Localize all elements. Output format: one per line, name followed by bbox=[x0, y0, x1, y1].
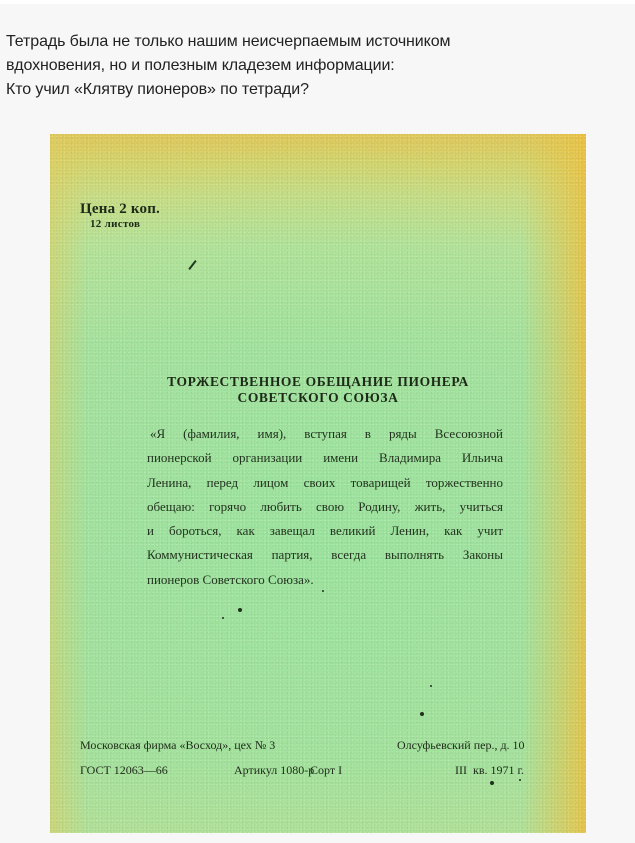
intro-text: Тетрадь была не только нашим неисчерпаем… bbox=[6, 30, 626, 102]
ink-speck bbox=[420, 712, 424, 716]
manufacturer-label: Московская фирма «Восход», цех № 3 bbox=[80, 738, 275, 753]
oath-text: «Я (фамилия, имя), вступая в ряды Всесою… bbox=[147, 422, 503, 592]
oath-heading-line: ТОРЖЕСТВЕННОЕ ОБЕЩАНИЕ ПИОНЕРА bbox=[50, 374, 586, 390]
intro-line: Кто учил «Клятву пионеров» по тетради? bbox=[6, 78, 626, 102]
oath-heading: ТОРЖЕСТВЕННОЕ ОБЕЩАНИЕ ПИОНЕРА СОВЕТСКОГ… bbox=[50, 374, 586, 406]
print-date-label: III кв. 1971 г. bbox=[455, 763, 524, 778]
ink-speck bbox=[490, 781, 494, 785]
ink-speck bbox=[222, 617, 224, 619]
gost-label: ГОСТ 12063—66 bbox=[80, 763, 168, 778]
top-strip bbox=[0, 0, 635, 4]
grade-label: Сорт I bbox=[310, 763, 342, 778]
price-label: Цена 2 коп. bbox=[80, 201, 160, 218]
article-label: Артикул 1080-р bbox=[234, 763, 314, 778]
intro-line: вдохновения, но и полезным кладезем инфо… bbox=[6, 54, 626, 78]
oath-line: и бороться, как завещал великий Ленин, к… bbox=[147, 519, 503, 543]
ink-speck bbox=[430, 685, 432, 687]
oath-line: пионеров Советского Союза». bbox=[147, 568, 503, 592]
oath-line: «Я (фамилия, имя), вступая в ряды Всесою… bbox=[147, 422, 503, 446]
oath-line: Ленина, перед лицом своих товарищей торж… bbox=[147, 471, 503, 495]
pen-mark bbox=[188, 260, 196, 270]
ink-speck bbox=[322, 590, 324, 592]
ink-speck bbox=[238, 608, 242, 612]
intro-line: Тетрадь была не только нашим неисчерпаем… bbox=[6, 30, 626, 54]
sheets-label: 12 листов bbox=[90, 218, 140, 230]
address-label: Олсуфьевский пер., д. 10 bbox=[397, 738, 525, 753]
oath-line: пионерской организации имени Владимира И… bbox=[147, 446, 503, 470]
notebook-cover-image: Цена 2 коп. 12 листов ТОРЖЕСТВЕННОЕ ОБЕЩ… bbox=[50, 134, 586, 833]
oath-heading-line: СОВЕТСКОГО СОЮЗА bbox=[50, 390, 586, 406]
ink-speck bbox=[519, 779, 521, 781]
oath-line: Коммунистическая партия, всегда выполнят… bbox=[147, 543, 503, 567]
oath-line: обещаю: горячо любить свою Родину, жить,… bbox=[147, 495, 503, 519]
